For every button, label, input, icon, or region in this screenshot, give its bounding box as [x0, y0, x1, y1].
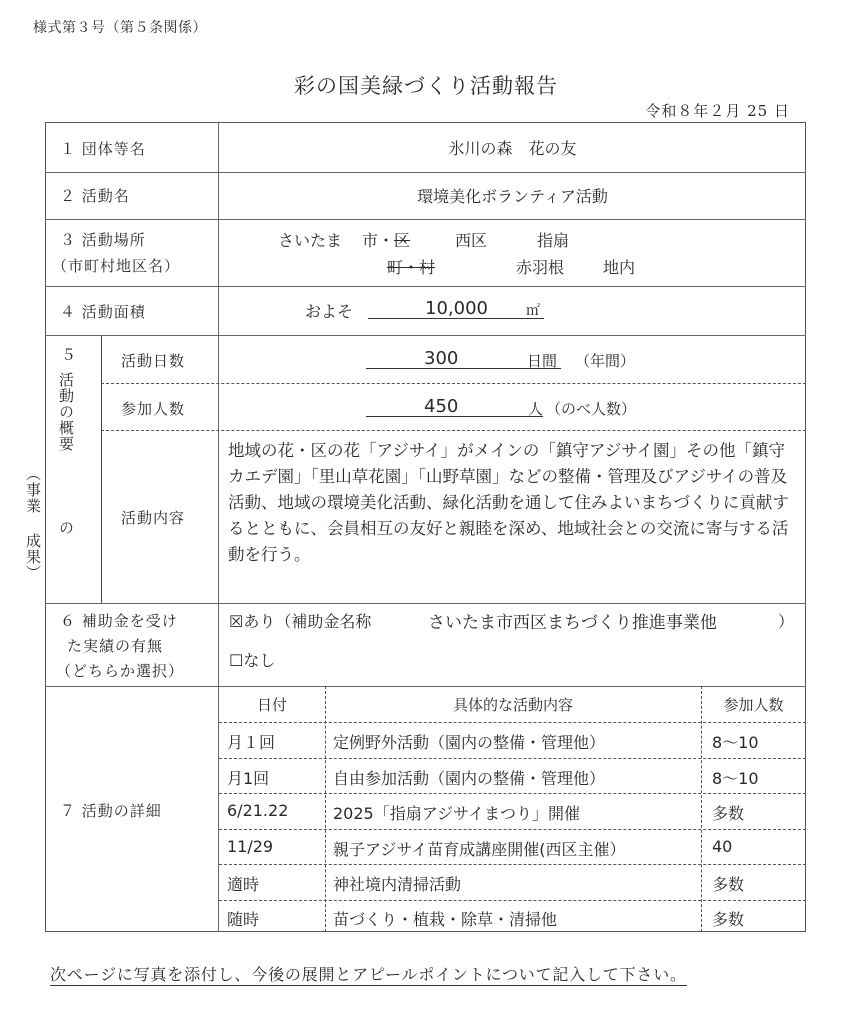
details-header-content: 具体的な活動内容 — [325, 694, 701, 715]
content-text: 地域の花・区の花「アジサイ」がメインの「鎮守アジサイ園」その他「鎮守カエデ園」「… — [228, 438, 800, 568]
table-row: 月１回 定例野外活動（園内の整備・管理他） 8～10 — [219, 723, 805, 756]
subsidy-yes-option[interactable]: ☒あり（補助金名称 — [229, 609, 371, 632]
area-value: 10,000 — [425, 298, 488, 319]
row-content: 親子アジサイ苗育成講座開催(西区主催） — [333, 837, 625, 860]
table-row: 11/29 親子アジサイ苗育成講座開催(西区主催） 40 — [219, 830, 805, 863]
dashed-divider — [101, 383, 806, 384]
summary-vertical-label: 活動の概要 — [57, 372, 75, 452]
row-date: 月1回 — [227, 766, 269, 789]
area-name: 赤羽根 — [516, 255, 564, 278]
row-count: 多数 — [712, 907, 744, 930]
city-name: さいたま — [278, 228, 342, 251]
row-date: 随時 — [227, 907, 259, 930]
row-divider — [45, 335, 806, 336]
participants-label: 参加人数 — [121, 398, 185, 419]
participants-note: （のべ人数） — [546, 398, 636, 419]
row-content: 自由参加活動（園内の整備・管理他） — [333, 766, 605, 789]
row-count: 8～10 — [712, 766, 759, 789]
row-count: 多数 — [712, 872, 744, 895]
form-number: 様式第３号（第５条関係） — [33, 17, 207, 37]
area-prefix: およそ — [305, 299, 353, 322]
summary-side-label-mid: の — [57, 520, 75, 536]
row-count: 8～10 — [712, 730, 759, 753]
details-header-date: 日付 — [219, 694, 325, 715]
days-value: 300 — [424, 348, 458, 369]
row-count: 40 — [712, 837, 732, 856]
group-name-value: 氷川の森 花の友 — [219, 136, 806, 159]
activity-name-value: 環境美化ボランティア活動 — [219, 184, 806, 207]
footer-note: 次ページに写真を添付し、今後の展開とアピールポイントについて記入して下さい。 — [50, 962, 687, 986]
row-content: 2025「指扇アジサイまつり」開催 — [333, 801, 580, 824]
table-row: 適時 神社境内清掃活動 多数 — [219, 865, 805, 898]
ward-name: 西区 — [455, 228, 487, 251]
summary-subdivider — [101, 335, 102, 603]
row-divider — [45, 172, 806, 173]
subsidy-no-option[interactable]: ☐なし — [229, 648, 275, 671]
row-content: 苗づくり・植栽・除草・清掃他 — [333, 907, 557, 930]
activity-name-label: ２ 活動名 — [60, 185, 130, 206]
details-label: ７ 活動の詳細 — [60, 800, 162, 821]
subsidy-label-line2: た実績の有無 — [67, 635, 163, 656]
activity-place-label: ３ 活動場所 — [60, 229, 146, 250]
days-note: （年間） — [575, 350, 635, 371]
row-divider — [45, 286, 806, 287]
row-divider — [45, 219, 806, 220]
group-name-label: １ 団体等名 — [60, 138, 146, 159]
days-label: 活動日数 — [121, 350, 185, 371]
subsidy-label-line1: ６ 補助金を受け — [60, 610, 178, 631]
row-date: 6/21.22 — [227, 801, 288, 820]
report-date: 令和８年２月 25 日 — [645, 100, 790, 121]
details-header-count: 参加人数 — [701, 694, 806, 715]
checked-checkbox-icon[interactable]: ☒ — [229, 612, 243, 631]
row-divider — [45, 603, 806, 604]
area-unit: ㎡ — [526, 300, 540, 320]
area-suffix: 地内 — [603, 255, 635, 278]
days-unit: 日間 — [527, 350, 557, 371]
town-village-struck: 町・村 — [387, 255, 435, 278]
row-date: 11/29 — [227, 837, 273, 856]
subsidy-no-label: なし — [243, 651, 275, 670]
unchecked-checkbox-icon[interactable]: ☐ — [229, 651, 243, 670]
row-date: 月１回 — [227, 730, 275, 753]
district-name: 指扇 — [537, 228, 569, 251]
subsidy-name: さいたま市西区まちづくり推進事業他 — [428, 608, 717, 633]
summary-side-label-bottom: 成果） — [24, 533, 42, 581]
dashed-divider — [101, 430, 806, 431]
row-content: 神社境内清掃活動 — [333, 872, 461, 895]
subsidy-close-paren: ） — [778, 609, 794, 632]
row-content: 定例野外活動（園内の整備・管理他） — [333, 730, 605, 753]
subsidy-label-line3: （どちらか選択） — [56, 660, 184, 681]
row-date: 適時 — [227, 872, 259, 895]
participants-value: 450 — [424, 396, 458, 417]
subsidy-yes-label: あり（補助金名称 — [243, 612, 371, 631]
page-title: 彩の国美緑づくり活動報告 — [0, 70, 852, 100]
city-option: 市・区 — [362, 228, 410, 251]
activity-area-label: ４ 活動面積 — [60, 301, 146, 322]
participants-unit: 人 — [528, 398, 543, 419]
row-count: 多数 — [712, 801, 744, 824]
summary-number: ５ — [61, 344, 76, 365]
table-row: 6/21.22 2025「指扇アジサイまつり」開催 多数 — [219, 794, 805, 827]
activity-place-sublabel: （市町村地区名） — [52, 255, 180, 276]
table-row: 月1回 自由参加活動（園内の整備・管理他） 8～10 — [219, 759, 805, 792]
content-label: 活動内容 — [121, 507, 185, 528]
table-row: 随時 苗づくり・植栽・除草・清掃他 多数 — [219, 900, 805, 933]
ward-option-struck: 区 — [394, 231, 410, 250]
row-divider — [45, 686, 806, 687]
